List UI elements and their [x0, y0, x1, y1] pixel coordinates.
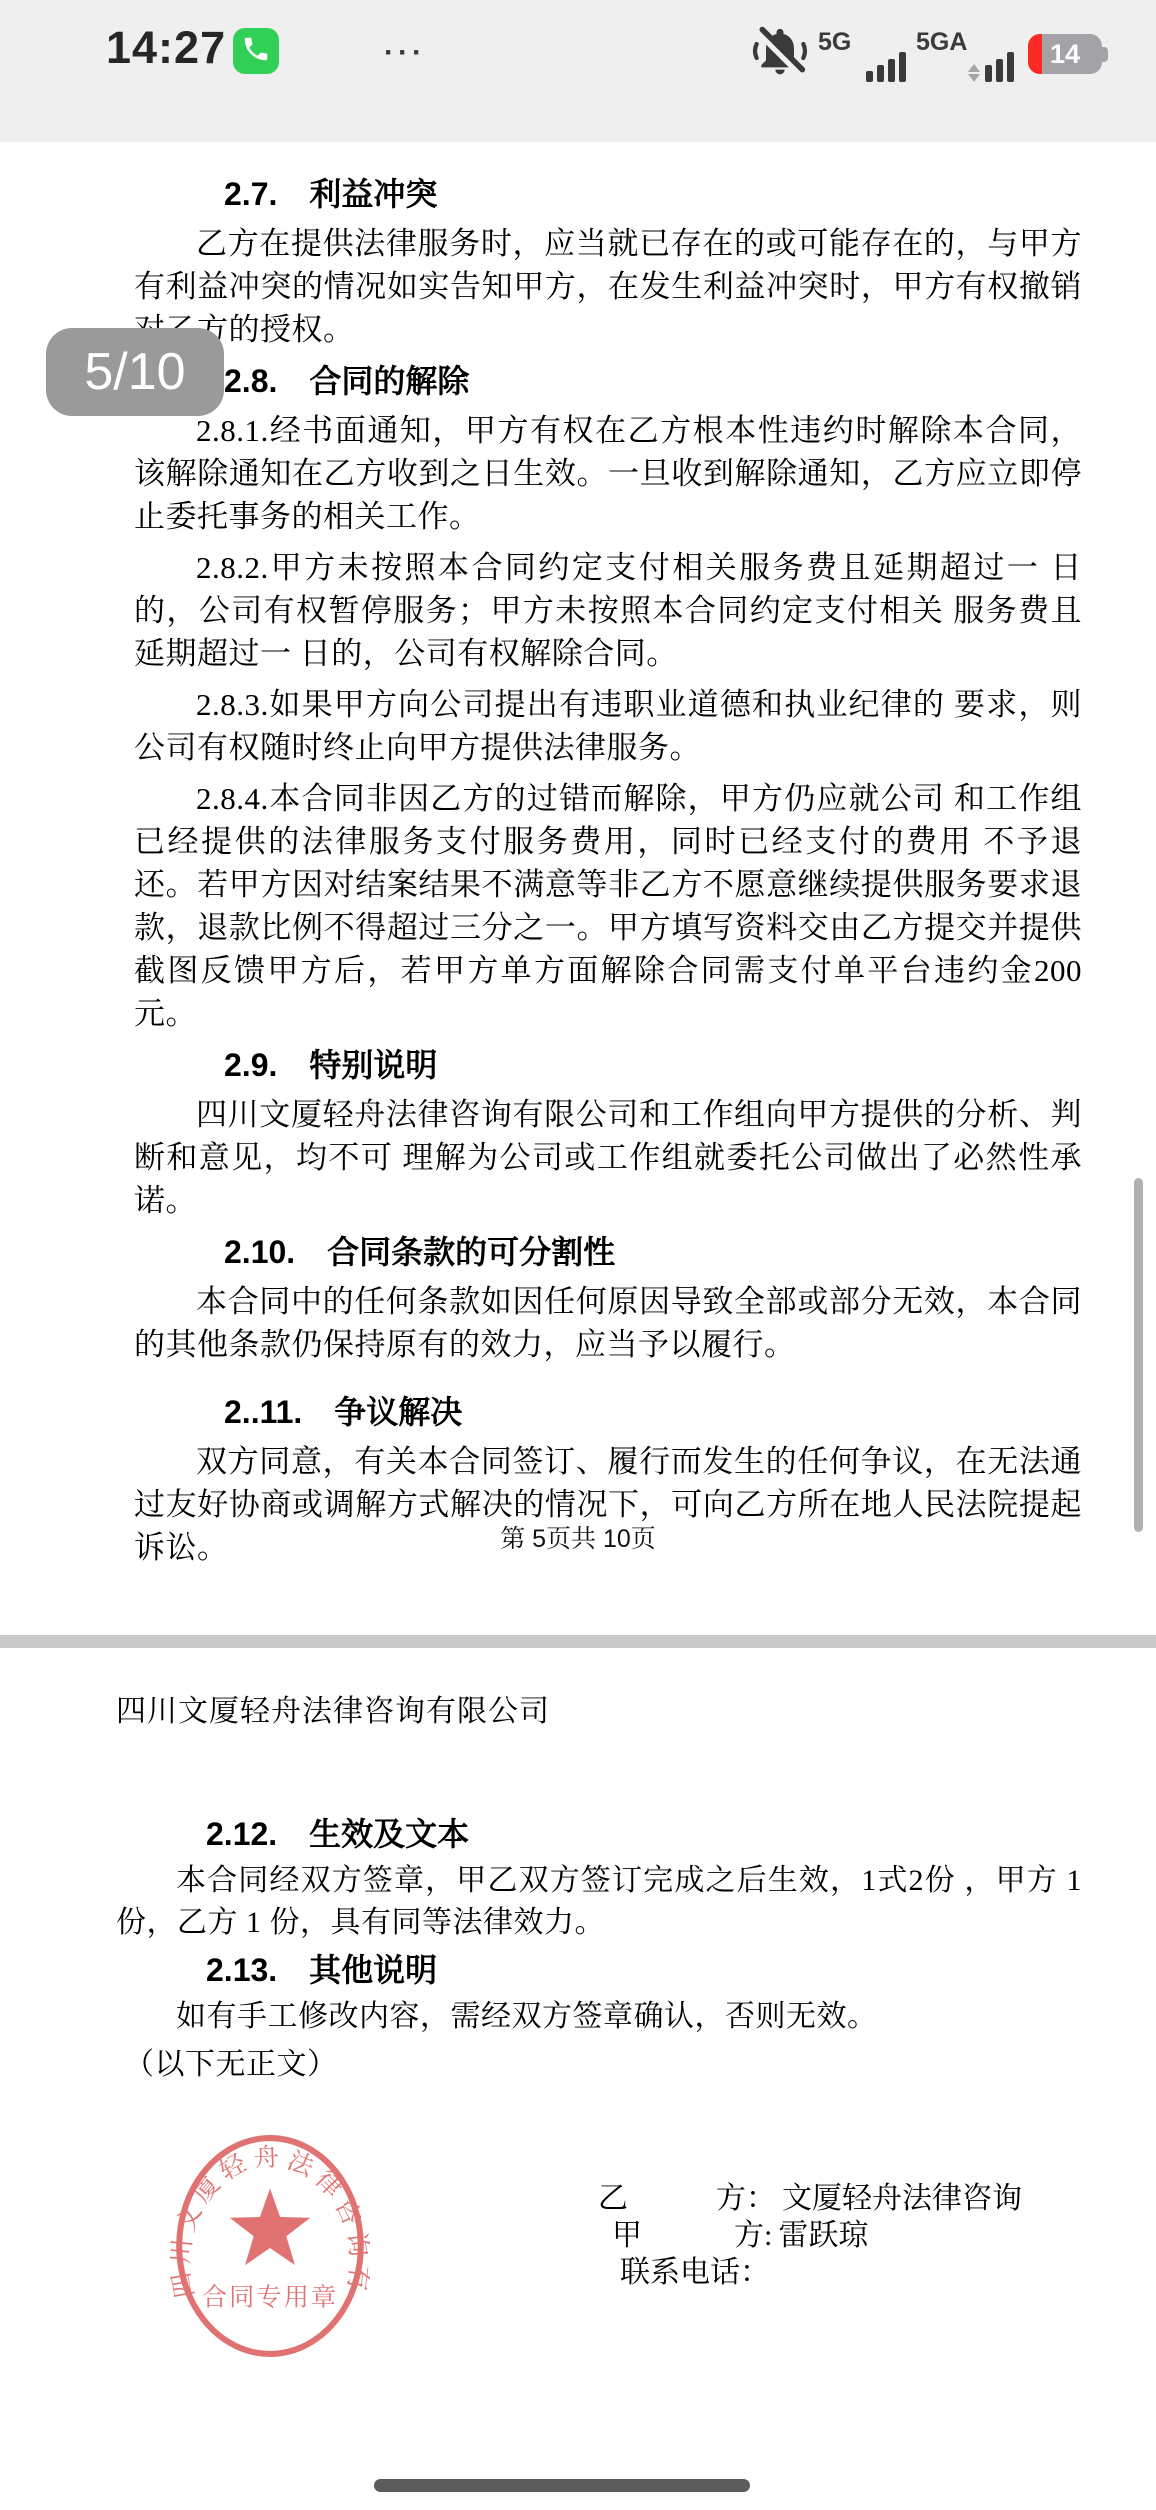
section-heading-2-10: 2.10.合同条款的可分割性 [224, 1232, 1082, 1272]
party-a-row: 甲 方: 雷跃琼 [598, 2217, 1022, 2254]
paragraph-2-10: 本合同中的任何条款如因任何原因导致全部或部分无效，本合同的其他条款仍保持原有的效… [134, 1280, 1082, 1366]
more-dots[interactable]: ··· [384, 36, 426, 70]
cellular-signal-secondary: 5GA [916, 28, 1014, 84]
paragraph-2-9: 四川文厦轻舟法律咨询有限公司和工作组向甲方提供的分析、判断和意见，均不可 理解为… [134, 1093, 1082, 1222]
paragraph-2-8-2: 2.8.2.甲方未按照本合同约定支付相关服务费且延期超过一 日的，公司有权暂停服… [134, 546, 1082, 675]
party-a-label: 甲 [612, 2217, 734, 2254]
section-number: 2.7. [224, 176, 277, 212]
page-separator [0, 1635, 1156, 1648]
section-number: 2.12. [206, 1816, 277, 1852]
party-a-value: 雷跃琼 [778, 2217, 868, 2254]
company-seal-stamp: 四川文厦轻舟法律咨询有限公司 合同专用章 [170, 2130, 370, 2362]
paragraph-2-12: 本合同经双方签章，甲乙双方签订完成之后生效，1式2份 ，甲方 1 份，乙方 1 … [116, 1860, 1082, 1944]
battery-cap [1102, 47, 1108, 62]
party-b-row: 乙 方： 文厦轻舟法律咨询 [598, 2180, 1022, 2217]
section-number: 2.9. [224, 1047, 277, 1083]
section-title: 利益冲突 [309, 176, 437, 212]
network-type-label: 5GA [916, 28, 967, 57]
page-footer: 第 5页共 10页 [0, 1519, 1156, 1555]
party-b-label: 乙 [598, 2180, 716, 2217]
clock: 14:27 [106, 22, 226, 74]
active-call-pill[interactable] [233, 28, 279, 74]
scrollbar-thumb[interactable] [1134, 1178, 1143, 1532]
battery-indicator: 14 [1028, 34, 1110, 74]
battery-percent: 14 [1028, 34, 1102, 74]
signal-bars-icon [866, 52, 906, 82]
seal-star [230, 2189, 310, 2266]
network-type-label: 5G [818, 28, 851, 57]
status-bar: 14:27 ··· 5G 5GA [0, 0, 1156, 142]
section-heading-2-8: 2.8.合同的解除 [224, 361, 1082, 401]
section-heading-2-7: 2.7.利益冲突 [224, 174, 1082, 214]
cellular-signal-primary: 5G [818, 28, 906, 84]
page-indicator-badge: 5/10 [46, 328, 224, 416]
party-a-sep: 方: [734, 2217, 772, 2254]
status-icons: 5G 5GA [752, 26, 1014, 84]
section-title: 合同条款的可分割性 [327, 1234, 615, 1270]
home-indicator[interactable] [374, 2479, 750, 2492]
document-page-6: 四川文厦轻舟法律咨询有限公司 2.12.生效及文本 本合同经双方签章，甲乙双方签… [0, 1648, 1156, 2510]
signature-block: 乙 方： 文厦轻舟法律咨询 甲 方: 雷跃琼 联系电话： [598, 2180, 1022, 2291]
data-arrows-icon [968, 64, 980, 82]
bell-slash-icon [752, 23, 808, 84]
section-number: 2.8. [224, 363, 277, 399]
paragraph-2-7: 乙方在提供法律服务时，应当就已存在的或可能存在的，与甲方有利益冲突的情况如实告知… [134, 222, 1082, 351]
section-heading-2-11: 2..11.争议解决 [224, 1392, 1082, 1432]
company-header: 四川文厦轻舟法律咨询有限公司 [116, 1686, 1082, 1730]
contact-phone-row: 联系电话： [598, 2254, 1022, 2291]
paragraph-2-13: 如有手工修改内容，需经双方签章确认，否则无效。 [116, 1996, 1082, 2038]
party-b-value: 文厦轻舟法律咨询 [782, 2180, 1022, 2217]
section-number: 2.13. [206, 1952, 277, 1988]
section-number: 2.10. [224, 1234, 295, 1270]
contact-phone-label: 联系电话： [620, 2254, 770, 2291]
party-b-sep: 方： [716, 2180, 776, 2217]
section-title: 生效及文本 [309, 1816, 469, 1852]
section-title: 合同的解除 [309, 363, 469, 399]
section-heading-2-9: 2.9.特别说明 [224, 1045, 1082, 1085]
paragraph-2-8-1: 2.8.1.经书面通知，甲方有权在乙方根本性违约时解除本合同，该解除通知在乙方收… [134, 409, 1082, 538]
paragraph-2-8-4: 2.8.4.本合同非因乙方的过错而解除，甲方仍应就公司 和工作组已经提供的法律服… [134, 777, 1082, 1035]
seal-bottom-label: 合同专用章 [202, 2284, 338, 2312]
no-more-text-note: （以下无正文） [116, 2044, 1082, 2086]
section-heading-2-12: 2.12.生效及文本 [206, 1814, 1082, 1854]
section-heading-2-13: 2.13.其他说明 [206, 1950, 1082, 1990]
page-indicator-label: 5/10 [84, 342, 185, 402]
section-title: 其他说明 [309, 1952, 437, 1988]
paragraph-2-8-3: 2.8.3.如果甲方向公司提出有违职业道德和执业纪律的 要求，则公司有权随时终止… [134, 683, 1082, 769]
signal-bars-icon [968, 52, 1014, 82]
section-title: 争议解决 [334, 1394, 462, 1430]
section-title: 特别说明 [309, 1047, 437, 1083]
section-number: 2..11. [224, 1394, 302, 1430]
phone-icon [241, 34, 271, 69]
battery-body: 14 [1028, 34, 1102, 74]
